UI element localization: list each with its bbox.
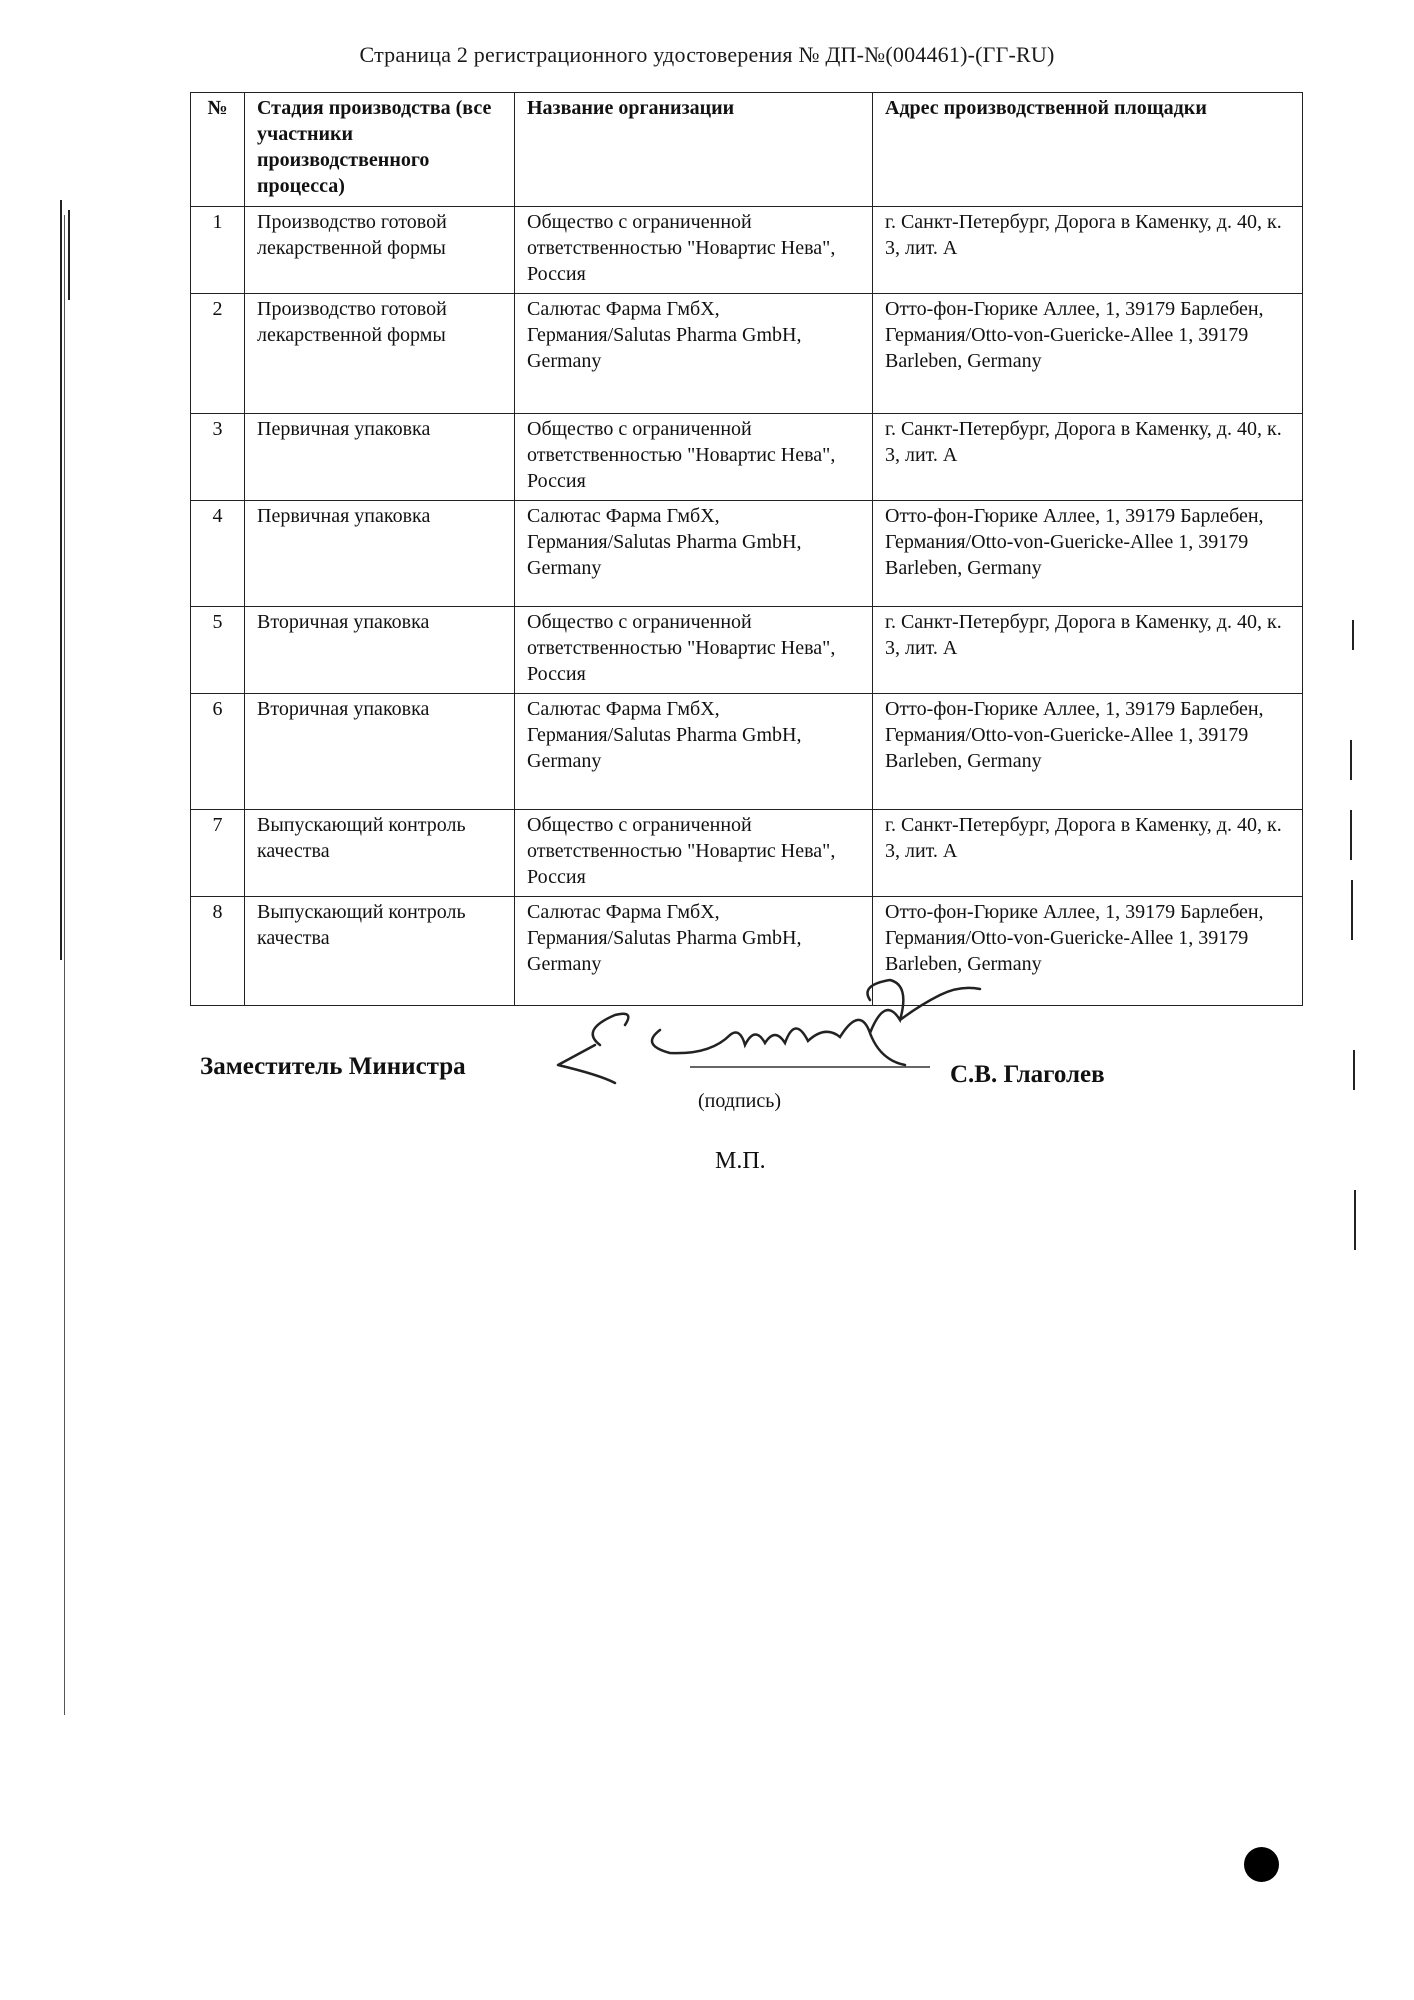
row-address: г. Санкт-Петербург, Дорога в Каменку, д.… — [873, 810, 1303, 897]
row-stage: Производство готовой лекарственной формы — [245, 207, 515, 294]
row-number: 8 — [191, 897, 245, 1006]
filled-circle-icon — [1244, 1847, 1279, 1882]
row-organization: Общество с ограниченной ответственностью… — [515, 414, 873, 501]
scan-artifact — [60, 200, 62, 960]
page-header: Страница 2 регистрационного удостоверени… — [0, 42, 1414, 68]
row-address: Отто-фон-Гюрике Аллее, 1, 39179 Барлебен… — [873, 694, 1303, 810]
table-row: 8 Выпускающий контроль качества Салютас … — [191, 897, 1303, 1006]
column-header-organization: Название организации — [515, 93, 873, 207]
row-stage: Вторичная упаковка — [245, 694, 515, 810]
row-address: г. Санкт-Петербург, Дорога в Каменку, д.… — [873, 207, 1303, 294]
scan-artifact — [64, 215, 65, 1715]
row-address: г. Санкт-Петербург, Дорога в Каменку, д.… — [873, 414, 1303, 501]
signature-caption: (подпись) — [698, 1090, 781, 1113]
row-number: 1 — [191, 207, 245, 294]
row-organization: Салютас Фарма ГмбХ, Германия/Salutas Pha… — [515, 897, 873, 1006]
row-organization: Салютас Фарма ГмбХ, Германия/Salutas Pha… — [515, 294, 873, 414]
scan-artifact — [1354, 1190, 1356, 1250]
row-address: Отто-фон-Гюрике Аллее, 1, 39179 Барлебен… — [873, 897, 1303, 1006]
row-organization: Общество с ограниченной ответственностью… — [515, 607, 873, 694]
scan-artifact — [1352, 620, 1354, 650]
row-number: 3 — [191, 414, 245, 501]
table-row: 5 Вторичная упаковка Общество с ограниче… — [191, 607, 1303, 694]
row-address: Отто-фон-Гюрике Аллее, 1, 39179 Барлебен… — [873, 501, 1303, 607]
row-number: 2 — [191, 294, 245, 414]
scan-artifact — [1353, 1050, 1355, 1090]
row-stage: Производство готовой лекарственной формы — [245, 294, 515, 414]
table-row: 2 Производство готовой лекарственной фор… — [191, 294, 1303, 414]
row-number: 7 — [191, 810, 245, 897]
row-number: 4 — [191, 501, 245, 607]
signatory-position: Заместитель Министра — [200, 1053, 466, 1081]
row-stage: Выпускающий контроль качества — [245, 810, 515, 897]
table-row: 6 Вторичная упаковка Салютас Фарма ГмбХ,… — [191, 694, 1303, 810]
signatory-name: С.В. Глаголев — [950, 1061, 1105, 1089]
table-row: 3 Первичная упаковка Общество с ограниче… — [191, 414, 1303, 501]
row-stage: Первичная упаковка — [245, 414, 515, 501]
row-organization: Салютас Фарма ГмбХ, Германия/Salutas Pha… — [515, 501, 873, 607]
row-organization: Салютас Фарма ГмбХ, Германия/Salutas Pha… — [515, 694, 873, 810]
column-header-address: Адрес производственной площадки — [873, 93, 1303, 207]
scan-artifact — [1350, 810, 1352, 860]
row-stage: Первичная упаковка — [245, 501, 515, 607]
row-stage: Выпускающий контроль качества — [245, 897, 515, 1006]
stamp-label: М.П. — [715, 1148, 766, 1175]
row-number: 6 — [191, 694, 245, 810]
column-header-number: № — [191, 93, 245, 207]
table-row: 7 Выпускающий контроль качества Общество… — [191, 810, 1303, 897]
scan-artifact — [1351, 880, 1353, 940]
row-address: г. Санкт-Петербург, Дорога в Каменку, д.… — [873, 607, 1303, 694]
row-address: Отто-фон-Гюрике Аллее, 1, 39179 Барлебен… — [873, 294, 1303, 414]
row-organization: Общество с ограниченной ответственностью… — [515, 207, 873, 294]
table-header-row: № Стадия производства (все участники про… — [191, 93, 1303, 207]
scan-artifact — [68, 210, 70, 300]
scan-artifact — [1350, 740, 1352, 780]
production-sites-table: № Стадия производства (все участники про… — [190, 92, 1303, 1006]
row-organization: Общество с ограниченной ответственностью… — [515, 810, 873, 897]
table-row: 4 Первичная упаковка Салютас Фарма ГмбХ,… — [191, 501, 1303, 607]
column-header-stage: Стадия производства (все участники произ… — [245, 93, 515, 207]
row-number: 5 — [191, 607, 245, 694]
table-row: 1 Производство готовой лекарственной фор… — [191, 207, 1303, 294]
row-stage: Вторичная упаковка — [245, 607, 515, 694]
